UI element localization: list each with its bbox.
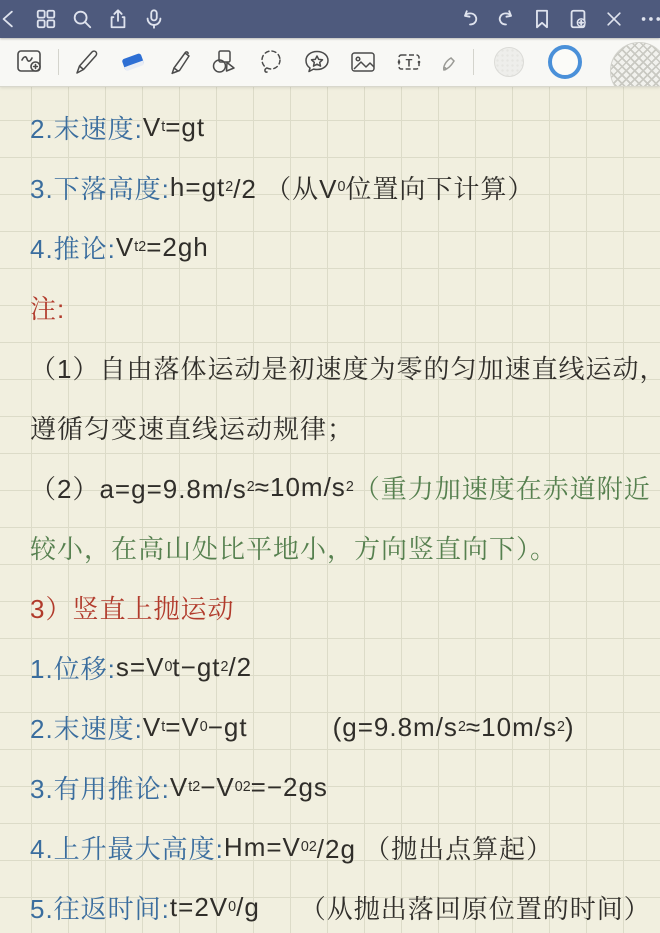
note-line: 遵循匀变速直线运动规律；: [30, 397, 660, 457]
note-line: 3）竖直上抛运动: [30, 577, 660, 637]
ink-text: V: [143, 112, 161, 143]
pen-nib-tool[interactable]: [433, 41, 467, 83]
color-swatch-white-selected[interactable]: [548, 45, 582, 79]
navbar-left-group: [0, 1, 172, 37]
ink-text: 2: [309, 839, 317, 855]
navbar-right-group: [452, 1, 654, 37]
ink-text: (g=9.8m/s: [333, 712, 458, 743]
image-tool[interactable]: [341, 41, 385, 83]
ink-text: （从抛出落回原位置的时间）: [300, 889, 651, 926]
ink-text: −V: [200, 772, 235, 803]
note-line: 2.末速度: Vt=V0−gt(g=9.8m/s2≈10m/s2): [30, 697, 660, 757]
note-line: （2）a=g=9.8m/s2≈10m/s2（重力加速度在赤道附近: [30, 457, 660, 517]
note-line: 3.下落高度: h=gt2/2 （从V0位置向下计算）: [30, 157, 660, 217]
redo-icon[interactable]: [488, 1, 524, 37]
note-line: 5.往返时间: t=2V0/g（从抛出落回原位置的时间）: [30, 877, 660, 933]
tools-toolbar: T: [0, 38, 660, 87]
ink-text: （1）自由落体运动是初速度为零的匀加速直线运动，: [30, 349, 660, 386]
bookmark-icon[interactable]: [524, 1, 560, 37]
search-icon[interactable]: [64, 1, 100, 37]
back-icon[interactable]: [0, 1, 28, 37]
ink-text: 2: [557, 719, 565, 735]
microphone-icon[interactable]: [136, 1, 172, 37]
ink-text: 0: [337, 179, 345, 195]
svg-text:T: T: [406, 58, 413, 70]
ink-text: 2: [138, 239, 146, 255]
notebook-page[interactable]: 2.末速度: Vt=gt3.下落高度: h=gt2/2 （从V0位置向下计算）4…: [0, 87, 660, 933]
ink-text: 2: [192, 779, 200, 795]
text-tool[interactable]: T: [387, 41, 431, 83]
ink-text: V: [116, 232, 134, 263]
ink-text: 2: [247, 479, 255, 495]
ink-text: 位置向下计算）: [345, 169, 534, 206]
more-icon[interactable]: [632, 1, 660, 37]
undo-icon[interactable]: [452, 1, 488, 37]
ink-text: 5.往返时间:: [30, 889, 170, 926]
shapes-tool[interactable]: [203, 41, 247, 83]
ink-text: 遵循匀变速直线运动规律；: [30, 409, 354, 446]
ink-text: −gt: [208, 712, 248, 743]
ink-text: 3）竖直上抛运动: [30, 589, 234, 626]
ink-text: V: [170, 772, 188, 803]
note-line: 3.有用推论: Vt2−V02=−2gs: [30, 757, 660, 817]
ink-text: 2: [243, 779, 251, 795]
color-swatch-gray[interactable]: [494, 47, 524, 77]
ink-text: t−gt: [172, 652, 220, 683]
ink-text: 2: [458, 719, 466, 735]
add-page-icon[interactable]: [560, 1, 596, 37]
ink-text: 较小，在高山处比平地小，方向竖直向下）。: [30, 529, 557, 566]
sticker-tool[interactable]: [295, 41, 339, 83]
ink-text: /2: [228, 652, 252, 683]
note-line: 1.位移: s=V0t−gt2/2: [30, 637, 660, 697]
ink-text: =V: [165, 712, 200, 743]
ink-text: ≈10m/s: [466, 712, 557, 743]
lasso-tool[interactable]: [249, 41, 293, 83]
ink-text: 0: [301, 839, 309, 855]
ink-text: 2: [225, 179, 233, 195]
ink-text: /2g （抛出点算起）: [317, 829, 553, 866]
ink-text: V: [143, 712, 161, 743]
zoom-window-tool[interactable]: [8, 41, 52, 83]
ink-text: =2gh: [146, 232, 209, 263]
close-icon[interactable]: [596, 1, 632, 37]
note-lines: 2.末速度: Vt=gt3.下落高度: h=gt2/2 （从V0位置向下计算）4…: [30, 97, 660, 933]
note-line: 4.推论: Vt2=2gh: [30, 217, 660, 277]
ink-text: 0: [164, 659, 172, 675]
top-navbar: [0, 0, 660, 38]
note-line: 4.上升最大高度: Hm=V02/2g （抛出点算起）: [30, 817, 660, 877]
ink-text: ): [565, 712, 575, 743]
pen-tool[interactable]: [65, 41, 109, 83]
ink-text: ≈10m/s: [255, 472, 346, 503]
ink-text: （2）a=g=9.8m/s: [30, 469, 247, 506]
ink-text: 3.有用推论:: [30, 769, 170, 806]
ink-text: =−2gs: [251, 772, 328, 803]
ink-text: 0: [235, 779, 243, 795]
ink-text: （重力加速度在赤道附近: [354, 469, 651, 506]
ink-text: 3.下落高度:: [30, 169, 170, 206]
color-swatch-pattern[interactable]: [610, 42, 660, 87]
ink-text: t=2V: [170, 892, 228, 923]
ink-text: 2.末速度:: [30, 709, 143, 746]
ink-text: /2 （从V: [233, 169, 337, 206]
ink-text: 4.上升最大高度:: [30, 829, 224, 866]
ink-text: 2: [221, 659, 229, 675]
ink-text: 0: [228, 899, 236, 915]
ink-text: 4.推论:: [30, 229, 116, 266]
ink-text: h=gt: [170, 172, 225, 203]
toolbar-divider: [58, 49, 59, 75]
pages-grid-icon[interactable]: [28, 1, 64, 37]
eraser-tool[interactable]: [111, 41, 155, 83]
highlighter-tool[interactable]: [157, 41, 201, 83]
ink-text: /g: [236, 892, 260, 923]
note-line: 注:: [30, 277, 660, 337]
share-icon[interactable]: [100, 1, 136, 37]
note-line: （1）自由落体运动是初速度为零的匀加速直线运动，: [30, 337, 660, 397]
ink-text: =gt: [165, 112, 205, 143]
ink-text: 注:: [30, 289, 65, 326]
toolbar-divider: [473, 49, 474, 75]
ink-text: 0: [200, 719, 208, 735]
ink-text: 2.末速度:: [30, 109, 143, 146]
ink-text: Hm=V: [224, 832, 301, 863]
ink-text: 1.位移:: [30, 649, 116, 686]
note-line: 2.末速度: Vt=gt: [30, 97, 660, 157]
ink-text: s=V: [116, 652, 165, 683]
ink-text: 2: [346, 479, 354, 495]
note-line: 较小，在高山处比平地小，方向竖直向下）。: [30, 517, 660, 577]
